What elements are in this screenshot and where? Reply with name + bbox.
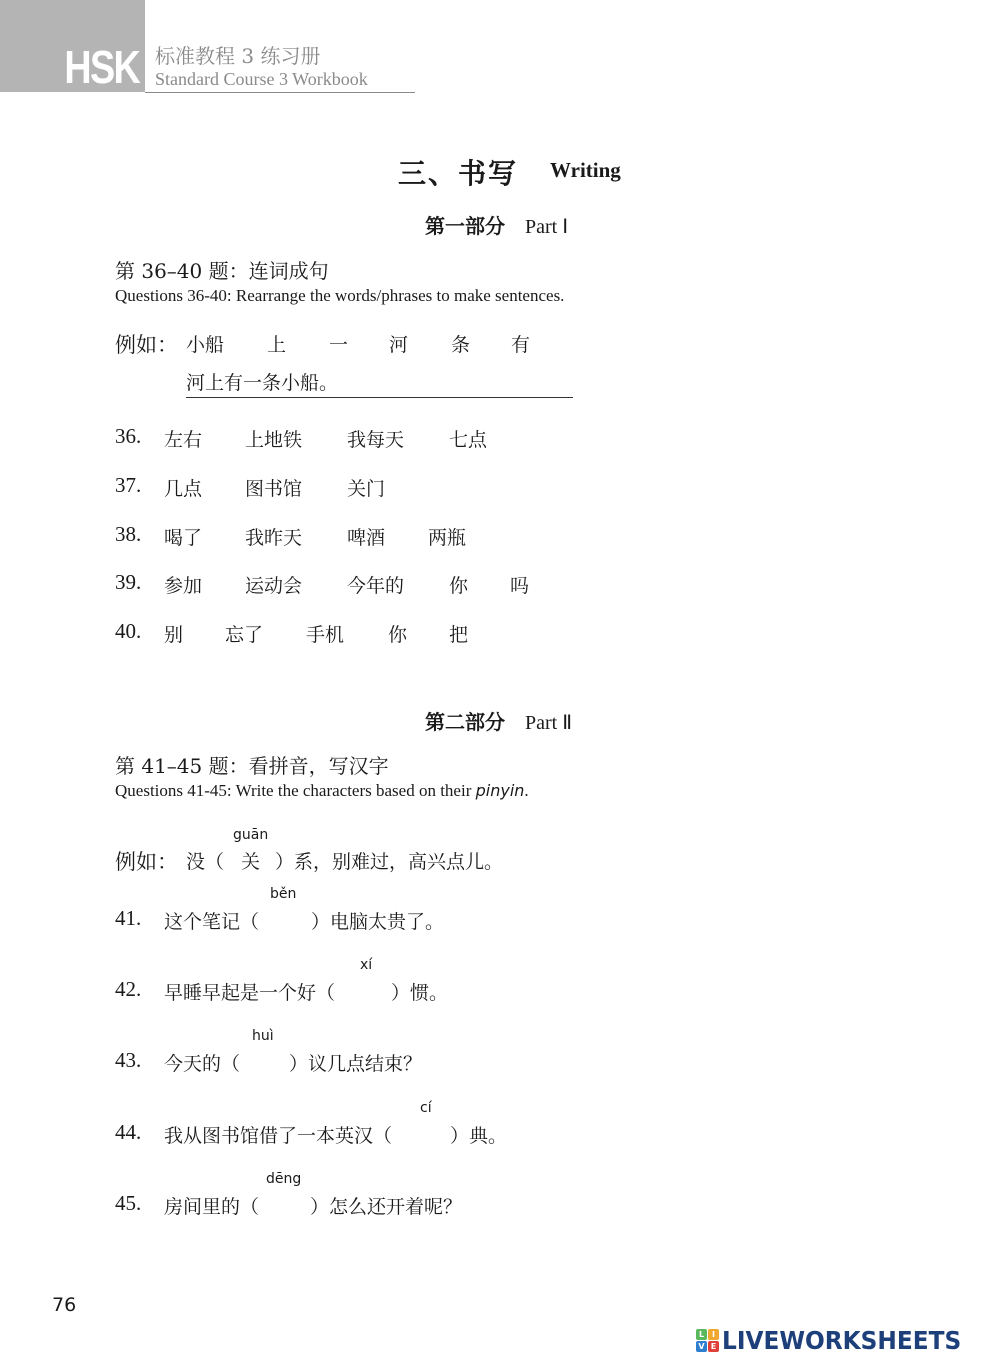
example-label: 例如： bbox=[115, 329, 178, 359]
live-square-l: L bbox=[696, 1329, 707, 1340]
example-word: 河 bbox=[389, 330, 408, 357]
question-42: 42. 早睡早起是一个好（ ）惯。 bbox=[115, 978, 615, 1006]
section-title-cn: 三、书写 bbox=[398, 152, 518, 192]
question-number: 43. bbox=[115, 1048, 141, 1073]
question-37: 37. 几点 图书馆 关门 bbox=[115, 474, 615, 502]
question-number: 38. bbox=[115, 522, 141, 547]
word-chip[interactable]: 吗 bbox=[510, 571, 529, 598]
liveworksheets-wordmark: LIVEWORKSHEETS bbox=[722, 1326, 961, 1355]
part2-heading-cn: 第二部分 bbox=[425, 710, 505, 734]
example-word: 条 bbox=[451, 330, 470, 357]
part1-heading-en: Part Ⅰ bbox=[525, 216, 568, 238]
sentence-after: ）惯。 bbox=[391, 978, 448, 1005]
live-square-v: V bbox=[696, 1341, 707, 1352]
question-number: 41. bbox=[115, 906, 141, 931]
sentence-after: ）典。 bbox=[450, 1121, 507, 1148]
sentence-after: ）系，别难过，高兴点儿。 bbox=[275, 847, 503, 874]
part1-instruction-en: Questions 36-40: Rearrange the words/phr… bbox=[115, 286, 564, 306]
part1-instruction-cn: 第 36–40 题：连词成句 bbox=[115, 255, 329, 284]
word-chip[interactable]: 我每天 bbox=[347, 425, 404, 452]
word-chip[interactable]: 七点 bbox=[449, 425, 487, 452]
question-number: 37. bbox=[115, 473, 141, 498]
word-chip[interactable]: 喝了 bbox=[164, 523, 202, 550]
liveworksheets-logo[interactable]: L I V E LIVEWORKSHEETS bbox=[696, 1326, 979, 1355]
word-chip[interactable]: 别 bbox=[164, 620, 183, 647]
sentence-before: 我从图书馆借了一本英汉（ bbox=[164, 1121, 392, 1148]
sentence-after: ）电脑太贵了。 bbox=[311, 907, 444, 934]
question-41: 41. 这个笔记（ ）电脑太贵了。 bbox=[115, 907, 615, 935]
question-36: 36. 左右 上地铁 我每天 七点 bbox=[115, 425, 615, 453]
hsk-logo: HSK bbox=[64, 44, 139, 90]
example-word: 一 bbox=[329, 330, 348, 357]
sentence-before: 早睡早起是一个好（ bbox=[164, 978, 335, 1005]
example-label: 例如： bbox=[115, 846, 178, 876]
word-chip[interactable]: 我昨天 bbox=[245, 523, 302, 550]
word-chip[interactable]: 左右 bbox=[164, 425, 202, 452]
part2-instruction-en: Questions 41-45: Write the characters ba… bbox=[115, 781, 529, 801]
header-divider bbox=[145, 92, 415, 93]
question-40: 40. 别 忘了 手机 你 把 bbox=[115, 620, 615, 648]
answer-input[interactable] bbox=[265, 907, 315, 931]
live-square-e: E bbox=[708, 1341, 719, 1352]
instruction-text: Questions 41-45: Write the characters ba… bbox=[115, 781, 476, 800]
sentence-before: 今天的（ bbox=[164, 1049, 240, 1076]
answer-input[interactable] bbox=[245, 1049, 295, 1073]
section-title-en: Writing bbox=[550, 158, 621, 183]
instruction-italic: pinyin bbox=[476, 781, 525, 800]
example-answer-line bbox=[186, 397, 573, 398]
word-chip[interactable]: 运动会 bbox=[245, 571, 302, 598]
word-chip[interactable]: 你 bbox=[449, 571, 468, 598]
hsk-logo-block: HSK bbox=[0, 0, 145, 92]
word-chip[interactable]: 忘了 bbox=[225, 620, 263, 647]
pinyin-label: huì bbox=[252, 1028, 274, 1044]
word-chip[interactable]: 两瓶 bbox=[428, 523, 466, 550]
pinyin-label: cí bbox=[420, 1100, 432, 1116]
example-word: 小船 bbox=[186, 330, 224, 357]
word-chip[interactable]: 关门 bbox=[347, 474, 385, 501]
pinyin-label: xí bbox=[360, 957, 372, 973]
part1-example: 例如： 小船 上 一 河 条 有 bbox=[115, 330, 615, 358]
question-number: 45. bbox=[115, 1191, 141, 1216]
word-chip[interactable]: 图书馆 bbox=[245, 474, 302, 501]
question-45: 45. 房间里的（ ）怎么还开着呢？ bbox=[115, 1192, 615, 1220]
word-chip[interactable]: 参加 bbox=[164, 571, 202, 598]
part1-heading-cn: 第一部分 bbox=[425, 214, 505, 238]
question-44: 44. 我从图书馆借了一本英汉（ ）典。 bbox=[115, 1121, 615, 1149]
example-word: 有 bbox=[511, 330, 530, 357]
live-square-i: I bbox=[708, 1329, 719, 1340]
word-chip[interactable]: 你 bbox=[388, 620, 407, 647]
book-title-cn: 标准教程 3 练习册 bbox=[155, 40, 320, 69]
example-word: 上 bbox=[267, 330, 286, 357]
example-filled: 关 bbox=[241, 847, 260, 874]
part2-heading: 第二部分Part Ⅱ bbox=[425, 706, 572, 735]
instruction-suffix: . bbox=[524, 781, 528, 800]
word-chip[interactable]: 把 bbox=[449, 620, 468, 647]
part2-heading-en: Part Ⅱ bbox=[525, 712, 572, 734]
word-chip[interactable]: 几点 bbox=[164, 474, 202, 501]
answer-input[interactable] bbox=[405, 1121, 455, 1145]
question-number: 44. bbox=[115, 1120, 141, 1145]
part2-instruction-cn: 第 41–45 题：看拼音，写汉字 bbox=[115, 750, 389, 779]
book-title-en: Standard Course 3 Workbook bbox=[155, 69, 368, 90]
word-chip[interactable]: 啤酒 bbox=[347, 523, 385, 550]
part1-heading: 第一部分Part Ⅰ bbox=[425, 210, 568, 239]
question-39: 39. 参加 运动会 今年的 你 吗 bbox=[115, 571, 615, 599]
question-number: 36. bbox=[115, 424, 141, 449]
question-43: 43. 今天的（ ）议几点结束？ bbox=[115, 1049, 615, 1077]
question-number: 40. bbox=[115, 619, 141, 644]
sentence-after: ）议几点结束？ bbox=[289, 1049, 422, 1076]
page-number: 76 bbox=[52, 1294, 76, 1316]
word-chip[interactable]: 上地铁 bbox=[245, 425, 302, 452]
answer-input[interactable] bbox=[265, 1192, 315, 1216]
pinyin-label: guān bbox=[233, 827, 268, 843]
word-chip[interactable]: 今年的 bbox=[347, 571, 404, 598]
word-chip[interactable]: 手机 bbox=[306, 620, 344, 647]
sentence-after: ）怎么还开着呢？ bbox=[310, 1192, 462, 1219]
pinyin-label: dēng bbox=[266, 1171, 301, 1187]
sentence-before: 这个笔记（ bbox=[164, 907, 259, 934]
example-answer: 河上有一条小船。 bbox=[186, 368, 338, 395]
live-squares-icon: L I V E bbox=[696, 1329, 719, 1352]
part2-example: 例如： 没（ 关 ）系，别难过，高兴点儿。 bbox=[115, 847, 615, 875]
sentence-before: 房间里的（ bbox=[164, 1192, 259, 1219]
question-number: 42. bbox=[115, 977, 141, 1002]
question-number: 39. bbox=[115, 570, 141, 595]
question-38: 38. 喝了 我昨天 啤酒 两瓶 bbox=[115, 523, 615, 551]
sentence-before: 没（ bbox=[186, 847, 224, 874]
pinyin-label: běn bbox=[270, 886, 296, 902]
